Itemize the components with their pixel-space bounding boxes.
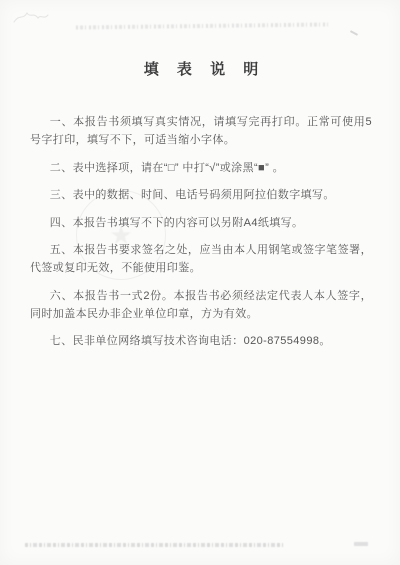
pen-scribble-icon <box>10 6 52 30</box>
instruction-item-7: 七、民非单位网络填写技术咨询电话：020-87554998。 <box>30 332 372 350</box>
instruction-item-3: 三、表中的数据、时间、电话号码须用阿拉伯数字填写。 <box>30 186 372 204</box>
scan-speck <box>350 30 358 36</box>
instruction-item-2: 二、表中选择项，请在“□” 中打“√”或涂黑“■” 。 <box>30 159 372 177</box>
instruction-item-6: 六、本报告书一式2份。本报告书必须经法定代表人本人签字，同时加盖本民办非企业单位… <box>30 287 372 323</box>
page-title: 填 表 说 明 <box>30 58 372 79</box>
print-footer-url-smudge <box>25 543 283 547</box>
print-header-smudge <box>76 22 328 29</box>
print-footer-pagenum-smudge <box>354 542 368 546</box>
instruction-item-1: 一、本报告书须填写真实情况，请填写完再打印。正常可使用5号字打印，填写不下，可适… <box>30 113 372 149</box>
document-body: 填 表 说 明 一、本报告书须填写真实情况，请填写完再打印。正常可使用5号字打印… <box>30 58 372 360</box>
instruction-item-4: 四、本报告书填写不下的内容可以另附A4纸填写。 <box>30 214 372 232</box>
scanned-document-page: ★ 填 表 说 明 一、本报告书须填写真实情况，请填写完再打印。正常可使用5号字… <box>0 0 400 565</box>
instruction-item-5: 五、本报告书要求签名之处，应当由本人用钢笔或签字笔签署，代签或复印无效，不能使用… <box>30 241 372 277</box>
